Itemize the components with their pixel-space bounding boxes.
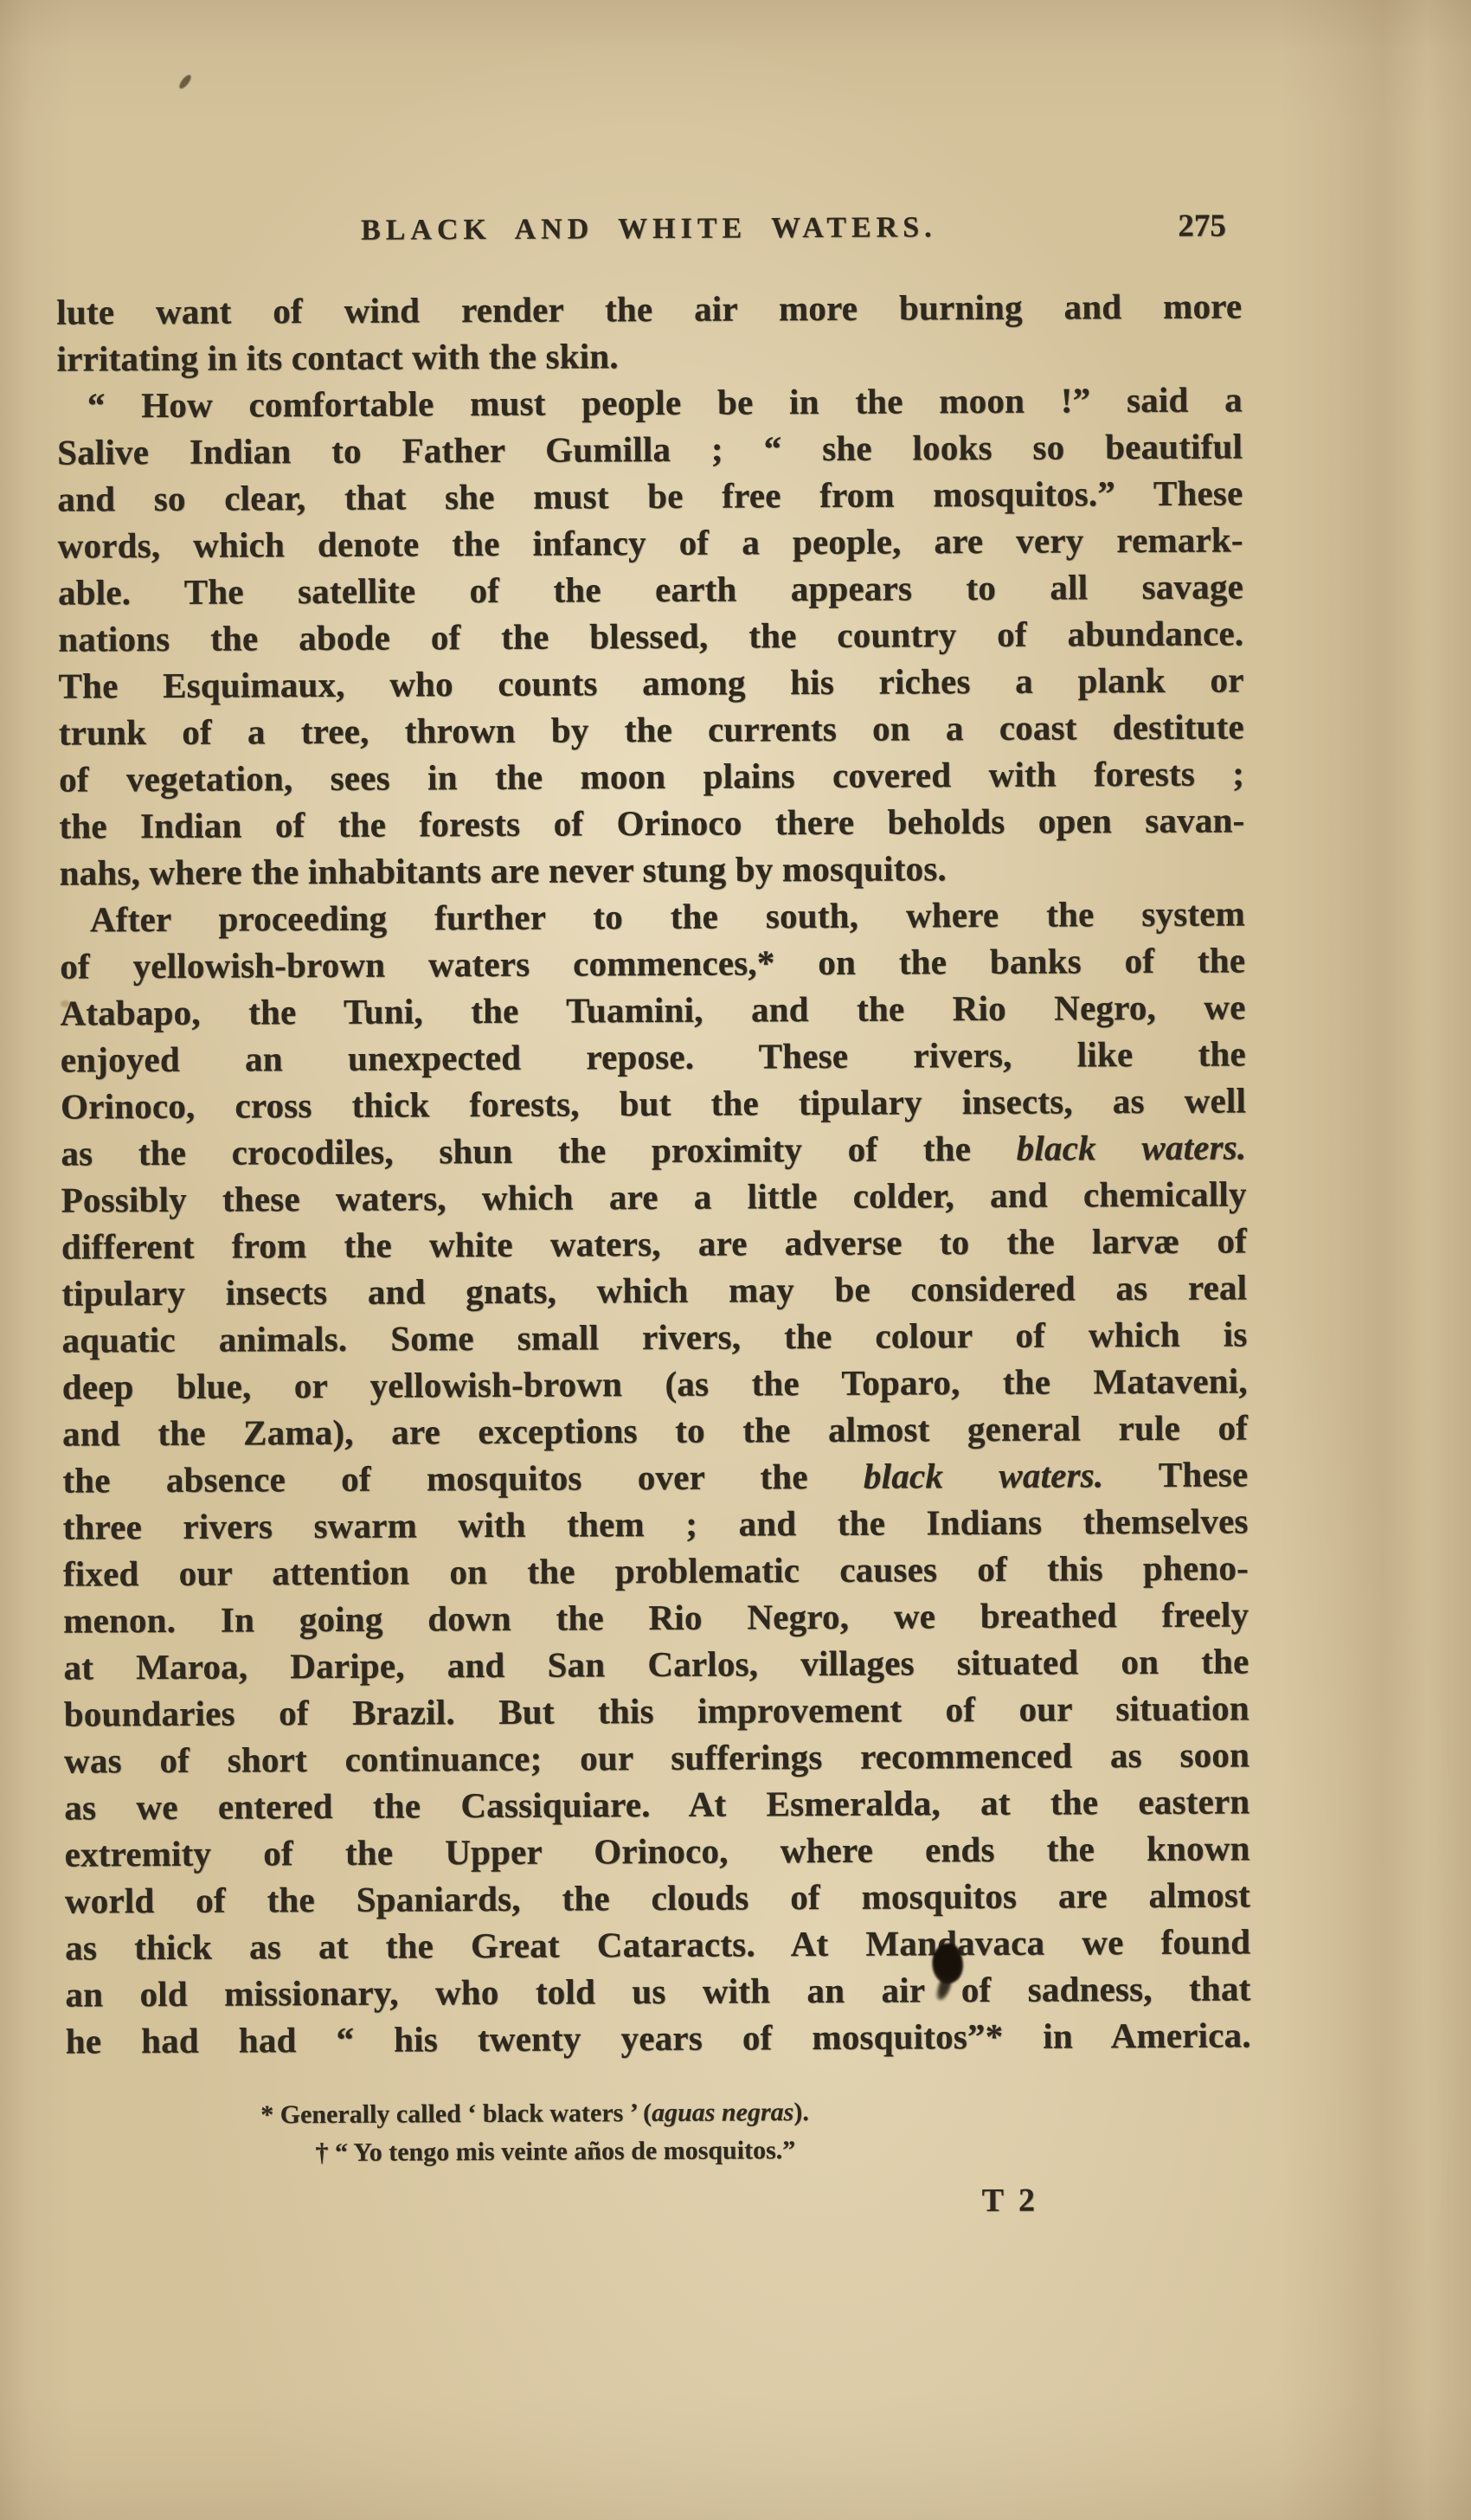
text-line: enjoyed an unexpected repose. These rive… bbox=[61, 1030, 1246, 1083]
footnote: † “ Yo tengo mis veinte años de mosquito… bbox=[315, 2129, 1251, 2172]
text-line: irritating in its contact with the skin. bbox=[56, 329, 1242, 382]
text-line: After proceeding further to the south, w… bbox=[60, 890, 1245, 942]
body-text: lute want of wind render the air more bu… bbox=[56, 282, 1251, 2064]
text-line: the absence of mosquitos over the black … bbox=[62, 1450, 1248, 1503]
text-line: of yellowish-brown waters commences,* on… bbox=[60, 936, 1245, 989]
text-line: Orinoco, cross thick forests, but the ti… bbox=[61, 1077, 1246, 1129]
page-header: BLACK AND WHITE WATERS. 275 bbox=[56, 208, 1242, 254]
text-line: nahs, where the inhabitants are never st… bbox=[60, 843, 1245, 896]
text-line: Atabapo, the Tuni, the Tuamini, and the … bbox=[60, 983, 1245, 1036]
running-title: BLACK AND WHITE WATERS. bbox=[56, 208, 1242, 250]
text-line: nations the abode of the blessed, the co… bbox=[58, 609, 1243, 662]
text-line: The Esquimaux, who counts among his rich… bbox=[58, 656, 1243, 709]
text-line: three rivers swarm with them ; and the I… bbox=[63, 1497, 1249, 1550]
paper-speck bbox=[61, 1000, 70, 1007]
signature-mark: T 2 bbox=[982, 2181, 1038, 2221]
text-line: and so clear, that she must be free from… bbox=[57, 469, 1243, 522]
text-line: was of short continuance; our sufferings… bbox=[64, 1731, 1249, 1784]
text-line: as we entered the Cassiquiare. At Esmera… bbox=[64, 1777, 1249, 1830]
book-page: BLACK AND WHITE WATERS. 275 lute want of… bbox=[0, 0, 1471, 2520]
page-number: 275 bbox=[1178, 209, 1226, 245]
text-line: boundaries of Brazil. But this improveme… bbox=[64, 1684, 1249, 1737]
text-line: menon. In going down the Rio Negro, we b… bbox=[63, 1591, 1249, 1643]
text-line: different from the white waters, are adv… bbox=[61, 1217, 1247, 1270]
footnotes: * Generally called ‘ black waters ’ (agu… bbox=[66, 2091, 1251, 2173]
text-line: trunk of a tree, thrown by the currents … bbox=[59, 703, 1244, 755]
text-line: as thick as at the Great Cataracts. At M… bbox=[65, 1918, 1250, 1970]
text-line: deep blue, or yellowish-brown (as the To… bbox=[62, 1357, 1248, 1410]
text-line: he had had “ his twenty years of mosquit… bbox=[66, 2011, 1251, 2064]
text-line: the Indian of the forests of Orinoco the… bbox=[59, 796, 1244, 849]
text-line: Possibly these waters, which are a littl… bbox=[61, 1170, 1247, 1223]
text-line: words, which denote the infancy of a peo… bbox=[58, 516, 1243, 569]
text-line: at Maroa, Daripe, and San Carlos, villag… bbox=[63, 1637, 1249, 1690]
text-line: of vegetation, sees in the moon plains c… bbox=[59, 749, 1244, 802]
text-line: “ How comfortable must people be in the … bbox=[57, 376, 1243, 428]
text-line: fixed our attention on the problematic c… bbox=[63, 1544, 1249, 1597]
text-line: Salive Indian to Father Gumilla ; “ she … bbox=[57, 422, 1243, 475]
text-line: tipulary insects and gnats, which may be… bbox=[61, 1263, 1247, 1316]
text-line: aquatic animals. Some small rivers, the … bbox=[61, 1310, 1247, 1363]
text-line: lute want of wind render the air more bu… bbox=[56, 282, 1242, 335]
page-content: BLACK AND WHITE WATERS. 275 lute want of… bbox=[55, 0, 1253, 2520]
text-line: world of the Spaniards, the clouds of mo… bbox=[65, 1871, 1250, 1924]
text-line: able. The satellite of the earth appears… bbox=[58, 562, 1243, 615]
text-line: extremity of the Upper Orinoco, where en… bbox=[64, 1824, 1249, 1877]
text-line: as the crocodiles, shun the proximity of… bbox=[61, 1123, 1246, 1176]
text-line: an old missionary, who told us with an a… bbox=[65, 1964, 1250, 2017]
footnote: * Generally called ‘ black waters ’ (agu… bbox=[260, 2091, 1251, 2134]
text-line: and the Zama), are exceptions to the alm… bbox=[62, 1404, 1248, 1456]
